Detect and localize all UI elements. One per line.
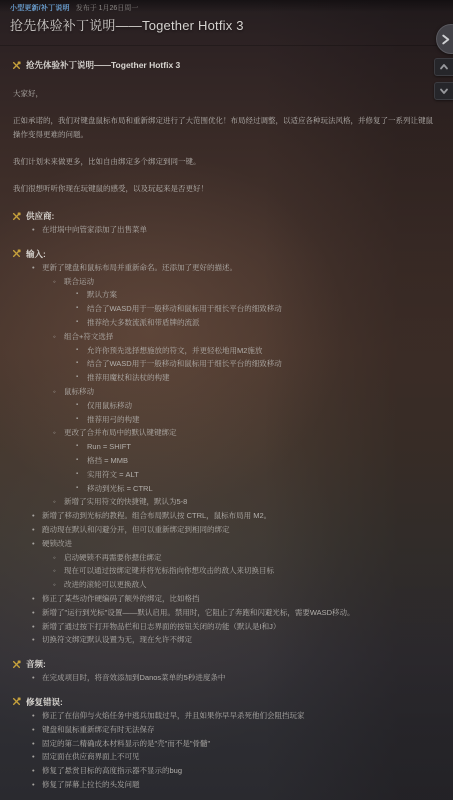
patch-note-item: 切换符文绑定默认设置为无，现在允许不绑定 — [12, 633, 437, 647]
patch-note-item: 键盘和鼠标重新绑定有时无法保存 — [12, 723, 437, 737]
patch-note-item: 修复了悬赏目标的高度指示器不显示的bug — [12, 764, 437, 778]
patch-note-item: 实用符文 = ALT — [12, 468, 437, 482]
section-title-text: 供应商: — [26, 209, 54, 223]
patch-note-item: 更改了合并布局中的默认键键绑定 — [12, 426, 437, 440]
patch-note-item: 结合了WASD用于一般移动和鼠标用于细长平台的细致移动 — [12, 302, 437, 316]
notes-heading-text: 抢先体验补丁说明——Together Hotfix 3 — [26, 58, 180, 72]
scroll-down-button[interactable] — [434, 82, 453, 100]
patch-note-item: 在坩埚中向管家添加了出售菜单 — [12, 223, 437, 237]
patch-note-item: 更新了键盘和鼠标布局并重新命名。还添加了更好的描述。 — [12, 261, 437, 275]
patch-note-item: 推荐用弓的构建 — [12, 413, 437, 427]
patch-note-item: 推荐用魔杖和法杖的构建 — [12, 371, 437, 385]
patch-section: 供应商:在坩埚中向管家添加了出售菜单 — [12, 209, 437, 237]
tools-icon — [12, 212, 21, 221]
patch-note-item: 启动硬锁不再需要你摁住绑定 — [12, 551, 437, 565]
paragraph: 我们很想听听你现在玩键鼠的感受，以及玩起来是否更好！ — [13, 182, 437, 196]
paragraph: 我们计划未来做更多，比如自由绑定多个绑定到同一键。 — [13, 155, 437, 169]
patch-section: 修复错误:修正了在信仰与火焰任务中逃兵加载过早，并且如果你早早杀死他们会阻挡玩家… — [12, 695, 437, 792]
patch-note-item: 新增了实用符文的快捷键，默认为5-8 — [12, 495, 437, 509]
section-title: 修复错误: — [12, 695, 437, 709]
patch-note-item: 允许你预先选择想施放的符文，并更轻松地用M2施放 — [12, 344, 437, 358]
chevron-right-icon — [440, 34, 453, 45]
section-items: 在完成项目时，将音效添加到Danos菜单的5秒进度条中 — [12, 671, 437, 685]
patch-note-item: 固定的第二精确成本材料显示的是"壳"而不是"骨髓" — [12, 737, 437, 751]
patch-note-item: 结合了WASD用于一般移动和鼠标用于细长平台的细致移动 — [12, 357, 437, 371]
patch-note-item: 跑动现在默认和闪避分开，但可以重新绑定到相同的绑定 — [12, 523, 437, 537]
patch-note-item: 新增了通过按下打开物品栏和日志界面的按钮关闭的功能（默认是I和J） — [12, 620, 437, 634]
section-title-text: 输入: — [26, 247, 46, 261]
patch-note-item: 修正了某些动作硬编码了额外的绑定，比如格挡 — [12, 592, 437, 606]
patch-note-item: 联合运动 — [12, 275, 437, 289]
section-title: 输入: — [12, 247, 437, 261]
chevron-down-icon — [439, 86, 453, 96]
paragraph: 大家好， — [13, 87, 437, 101]
tools-icon — [12, 697, 21, 706]
patch-note-item: 新增了移动到光标的教程。组合布局默认按 CTRL，鼠标布局用 M2。 — [12, 509, 437, 523]
post-date: 发布于 1月26日周一 — [76, 5, 139, 12]
section-title: 音频: — [12, 657, 437, 671]
patch-note-item: 格挡 = MMB — [12, 454, 437, 468]
post-category-link[interactable]: 小型更新/补丁说明 — [10, 5, 70, 12]
patch-note-item: 现在可以通过按绑定键并将光标指向你想攻击的敌人来切换目标 — [12, 564, 437, 578]
notes-heading: 抢先体验补丁说明——Together Hotfix 3 — [12, 58, 437, 72]
patch-note-item: 在完成项目时，将音效添加到Danos菜单的5秒进度条中 — [12, 671, 437, 685]
section-items: 在坩埚中向管家添加了出售菜单 — [12, 223, 437, 237]
patch-note-item: 推荐给大多数流派和带盾牌的流派 — [12, 316, 437, 330]
post-meta: 小型更新/补丁说明 发布于 1月26日周一 — [10, 4, 441, 14]
chevron-up-icon — [439, 62, 453, 72]
scroll-up-button[interactable] — [434, 58, 453, 76]
tools-icon — [12, 61, 21, 70]
paragraphs: 大家好，正如承诺的，我们对键盘鼠标布局和重新绑定进行了大范围优化！布局经过调整，… — [12, 87, 437, 196]
section-title: 供应商: — [12, 209, 437, 223]
patch-note-item: 仅用鼠标移动 — [12, 399, 437, 413]
tools-icon — [12, 249, 21, 258]
patch-note-item: Run = SHIFT — [12, 440, 437, 454]
section-items: 修正了在信仰与火焰任务中逃兵加载过早，并且如果你早早杀死他们会阻挡玩家键盘和鼠标… — [12, 709, 437, 792]
patch-note-item: 改进的滚轮可以更换敌人 — [12, 578, 437, 592]
patch-note-item: 默认方案 — [12, 288, 437, 302]
post-title: 抢先体验补丁说明——Together Hotfix 3 — [10, 17, 441, 34]
patch-section: 音频:在完成项目时，将音效添加到Danos菜单的5秒进度条中 — [12, 657, 437, 685]
patch-note-item: 修正了在信仰与火焰任务中逃兵加载过早，并且如果你早早杀死他们会阻挡玩家 — [12, 709, 437, 723]
patch-note-item: 修复了屏幕上拉长的头发问题 — [12, 778, 437, 792]
patch-notes-body: 抢先体验补丁说明——Together Hotfix 3 大家好，正如承诺的，我们… — [0, 34, 453, 792]
patch-note-item: 硬锁改进 — [12, 537, 437, 551]
patch-note-item: 新增了"运行到光标"设置——默认启用。禁用时，它阻止了奔跑和闪避光标，需要WAS… — [12, 606, 437, 620]
section-items: 更新了键盘和鼠标布局并重新命名。还添加了更好的描述。联合运动默认方案结合了WAS… — [12, 261, 437, 647]
section-title-text: 音频: — [26, 657, 46, 671]
sections: 供应商:在坩埚中向管家添加了出售菜单输入:更新了键盘和鼠标布局并重新命名。还添加… — [12, 209, 437, 792]
paragraph: 正如承诺的，我们对键盘鼠标布局和重新绑定进行了大范围优化！布局经过调整，以适应各… — [13, 114, 437, 142]
patch-note-item: 鼠标移动 — [12, 385, 437, 399]
patch-note-item: 移动到光标 = CTRL — [12, 482, 437, 496]
patch-note-item: 固定面在供应商界面上不可见 — [12, 750, 437, 764]
patch-notes-page: 小型更新/补丁说明 发布于 1月26日周一 抢先体验补丁说明——Together… — [0, 0, 453, 800]
patch-section: 输入:更新了键盘和鼠标布局并重新命名。还添加了更好的描述。联合运动默认方案结合了… — [12, 247, 437, 647]
tools-icon — [12, 660, 21, 669]
post-header: 小型更新/补丁说明 发布于 1月26日周一 抢先体验补丁说明——Together… — [0, 0, 453, 34]
patch-note-item: 组合+符文选择 — [12, 330, 437, 344]
section-title-text: 修复错误: — [26, 695, 63, 709]
